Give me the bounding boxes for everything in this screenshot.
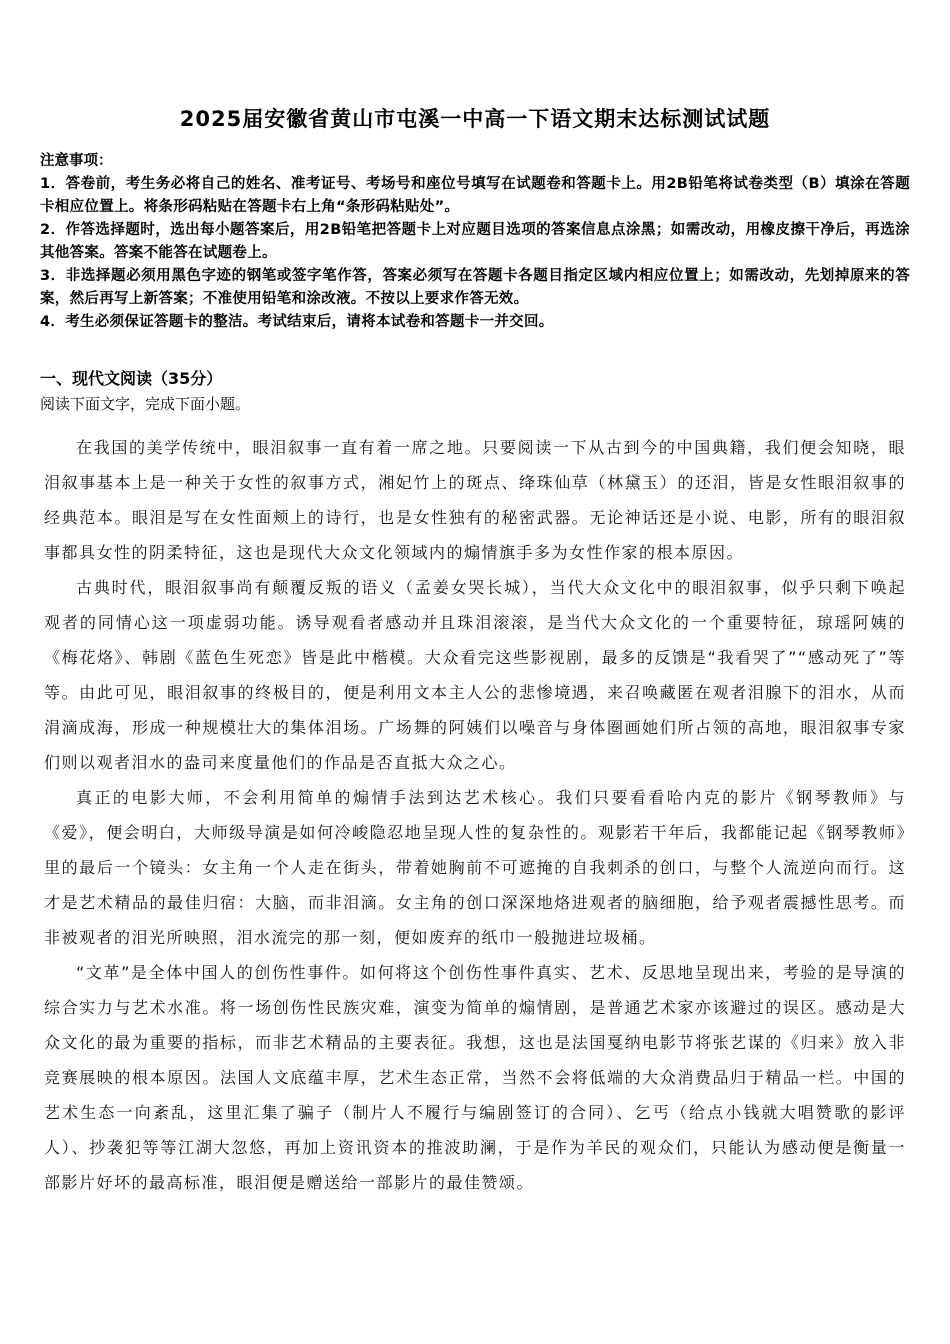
notice-item-3: 3．非选择题必须用黑色字迹的钢笔或签字笔作答，答案必须写在答题卡各题目指定区域内… [40,265,910,311]
passage-paragraph-2: 古典时代，眼泪叙事尚有颠覆反叛的语义（孟姜女哭长城），当代大众文化中的眼泪叙事，… [44,570,906,780]
notice-item-2: 2．作答选择题时，选出每小题答案后，用2B铅笔把答题卡上对应题目选项的答案信息点… [40,219,910,265]
passage-paragraph-1: 在我国的美学传统中，眼泪叙事一直有着一席之地。只要阅读一下从古到今的中国典籍，我… [44,430,906,570]
section-heading-modern-reading: 一、现代文阅读（35分） [40,367,910,391]
notice-heading: 注意事项： [40,150,910,173]
notice-item-4: 4．考生必须保证答题卡的整洁。考试结束后，请将本试卷和答题卡一并交回。 [40,311,910,334]
notice-item-1: 1．答卷前，考生务必将自己的姓名、准考证号、考场号和座位号填写在试题卷和答题卡上… [40,173,910,219]
passage-paragraph-4: “文革”是全体中国人的创伤性事件。如何将这个创伤性事件真实、艺术、反思地呈现出来… [44,955,906,1200]
reading-passage: 在我国的美学传统中，眼泪叙事一直有着一席之地。只要阅读一下从古到今的中国典籍，我… [40,430,910,1200]
notice-section: 注意事项： 1．答卷前，考生务必将自己的姓名、准考证号、考场号和座位号填写在试题… [40,150,910,334]
section-intro: 阅读下面文字，完成下面小题。 [40,392,910,417]
exam-document-page: 2025届安徽省黄山市屯溪一中高一下语文期末达标测试试题 注意事项： 1．答卷前… [0,0,950,1344]
page-title: 2025届安徽省黄山市屯溪一中高一下语文期末达标测试试题 [40,104,910,134]
passage-paragraph-3: 真正的电影大师，不会利用简单的煽情手法到达艺术核心。我们只要看看哈内克的影片《钢… [44,780,906,955]
